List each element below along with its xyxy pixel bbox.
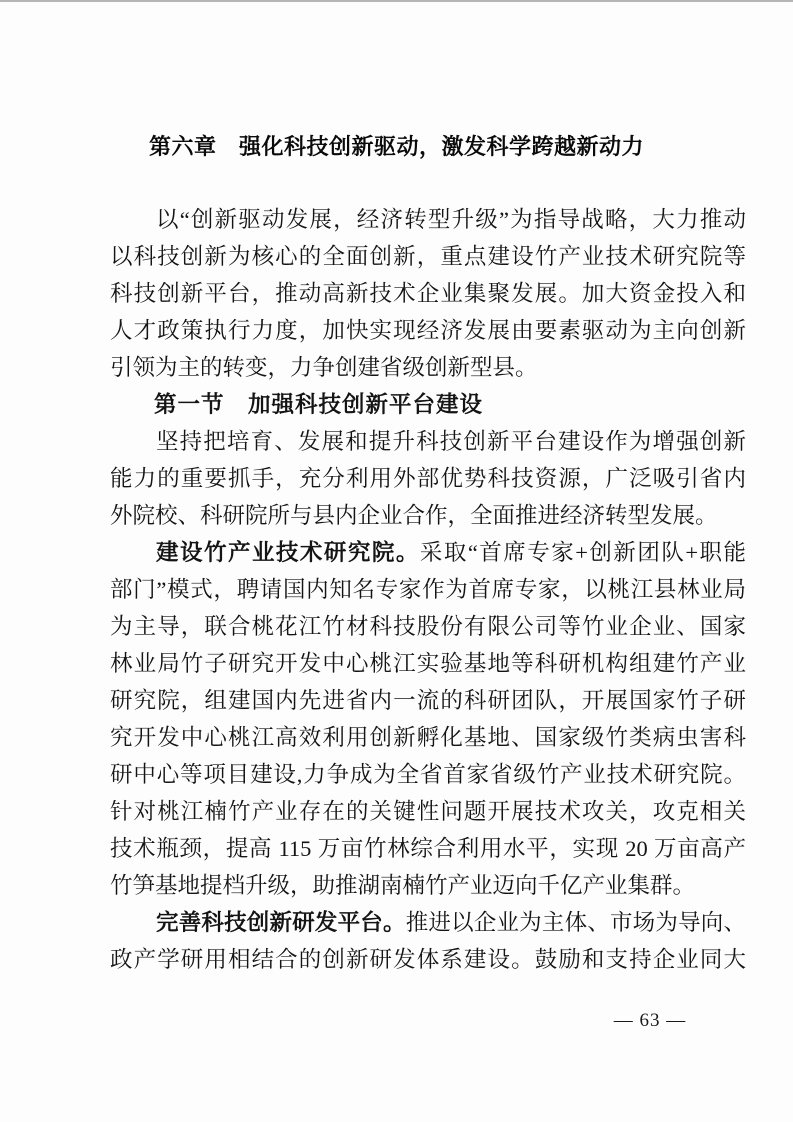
text-line: 人才政策执行力度，加快实现经济发展由要素驱动为主向创新: [110, 312, 746, 349]
text-line: 为主导，联合桃花江竹材科技股份有限公司等竹业企业、国家: [110, 608, 746, 645]
scan-edge-artifact: [0, 0, 793, 2]
document-body: 以“创新驱动发展，经济转型升级”为指导战略，大力推动以科技创新为核心的全面创新，…: [110, 201, 746, 978]
text-line: 完善科技创新研发平台。推进以企业为主体、市场为导向、: [110, 904, 746, 941]
body-text: 采取“首席专家+创新团队+职能: [420, 540, 746, 565]
body-text: 外院校、科研院所与县内企业合作，全面推进经济转型发展。: [110, 503, 718, 528]
body-text: 科技创新平台，推动高新技术企业集聚发展。加大资金投入和: [110, 281, 746, 306]
body-text: 推进以企业为主体、市场为导向、: [406, 910, 746, 935]
text-line: 林业局竹子研究开发中心桃江实验基地等科研机构组建竹产业: [110, 645, 746, 682]
text-line: 科技创新平台，推动高新技术企业集聚发展。加大资金投入和: [110, 275, 746, 312]
body-text: 林业局竹子研究开发中心桃江实验基地等科研机构组建竹产业: [110, 651, 746, 676]
text-line: 竹笋基地提档升级，助推湖南楠竹产业迈向千亿产业集群。: [110, 867, 746, 904]
body-text: 研中心等项目建设,力争成为全省首家省级竹产业技术研究院。: [110, 762, 746, 787]
body-text: 以“创新驱动发展，经济转型升级”为指导战略，大力推动: [156, 207, 746, 232]
body-text: 针对桃江楠竹产业存在的关键性问题开展技术攻关，攻克相关: [110, 799, 746, 824]
body-text: 坚持把培育、发展和提升科技创新平台建设作为增强创新: [156, 429, 746, 454]
body-text: 为主导，联合桃花江竹材科技股份有限公司等竹业企业、国家: [110, 614, 746, 639]
body-text: 以科技创新为核心的全面创新，重点建设竹产业技术研究院等: [110, 244, 746, 269]
text-line: 以科技创新为核心的全面创新，重点建设竹产业技术研究院等: [110, 238, 746, 275]
text-line: 政产学研用相结合的创新研发体系建设。鼓励和支持企业同大: [110, 941, 746, 978]
text-line: 研中心等项目建设,力争成为全省首家省级竹产业技术研究院。: [110, 756, 746, 793]
text-line: 能力的重要抓手，充分利用外部优势科技资源，广泛吸引省内: [110, 460, 746, 497]
text-line: 坚持把培育、发展和提升科技创新平台建设作为增强创新: [110, 423, 746, 460]
body-text: 政产学研用相结合的创新研发体系建设。鼓励和支持企业同大: [110, 947, 746, 972]
body-text: 技术瓶颈，提高 115 万亩竹林综合利用水平，实现 20 万亩高产: [110, 836, 746, 861]
chapter-title: 第六章 强化科技创新驱动，激发科学跨越新动力: [79, 128, 714, 166]
body-text: 能力的重要抓手，充分利用外部优势科技资源，广泛吸引省内: [110, 466, 746, 491]
text-line: 研究院，组建国内先进省内一流的科研团队，开展国家竹子研: [110, 682, 746, 719]
body-text: 引领为主的转变，力争创建省级创新型县。: [110, 355, 538, 380]
page-number: — 63 —: [560, 1006, 740, 1036]
body-text: 部门”模式，聘请国内知名专家作为首席专家，以桃江县林业局: [110, 577, 746, 602]
body-text: 究开发中心桃江高效利用创新孵化基地、国家级竹类病虫害科: [110, 725, 746, 750]
bold-lead-text: 建设竹产业技术研究院。: [156, 540, 420, 565]
bold-lead-text: 完善科技创新研发平台。: [156, 910, 406, 935]
text-line: 引领为主的转变，力争创建省级创新型县。: [110, 349, 746, 386]
section-heading: 第一节 加强科技创新平台建设: [110, 386, 746, 423]
body-text: 人才政策执行力度，加快实现经济发展由要素驱动为主向创新: [110, 318, 746, 343]
body-text: 竹笋基地提档升级，助推湖南楠竹产业迈向千亿产业集群。: [110, 873, 695, 898]
body-text: 研究院，组建国内先进省内一流的科研团队，开展国家竹子研: [110, 688, 746, 713]
text-line: 针对桃江楠竹产业存在的关键性问题开展技术攻关，攻克相关: [110, 793, 746, 830]
text-line: 究开发中心桃江高效利用创新孵化基地、国家级竹类病虫害科: [110, 719, 746, 756]
text-line: 外院校、科研院所与县内企业合作，全面推进经济转型发展。: [110, 497, 746, 534]
text-line: 以“创新驱动发展，经济转型升级”为指导战略，大力推动: [110, 201, 746, 238]
text-line: 技术瓶颈，提高 115 万亩竹林综合利用水平，实现 20 万亩高产: [110, 830, 746, 867]
text-line: 部门”模式，聘请国内知名专家作为首席专家，以桃江县林业局: [110, 571, 746, 608]
document-page: 第六章 强化科技创新驱动，激发科学跨越新动力 以“创新驱动发展，经济转型升级”为…: [0, 0, 793, 1122]
text-line: 建设竹产业技术研究院。采取“首席专家+创新团队+职能: [110, 534, 746, 571]
